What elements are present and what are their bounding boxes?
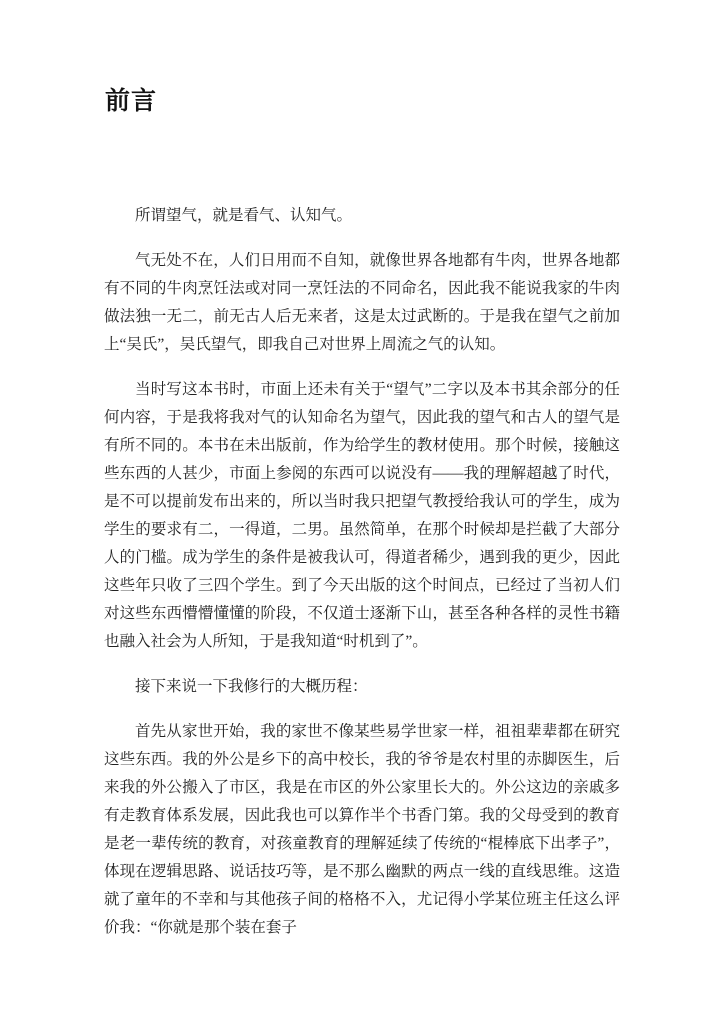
paragraph: 当时写这本书时，市面上还未有关于“望气”二字以及本书其余部分的任何内容，于是我将… — [104, 376, 620, 656]
page-title: 前言 — [105, 84, 157, 118]
paragraph: 接下来说一下我修行的大概历程： — [104, 673, 620, 701]
page-body: 所谓望气，就是看气、认知气。 气无处不在，人们日用而不自知，就像世界各地都有牛肉… — [104, 202, 620, 942]
paragraph: 气无处不在，人们日用而不自知，就像世界各地都有牛肉，世界各地都有不同的牛肉烹饪法… — [104, 247, 620, 359]
document-page: 前言 所谓望气，就是看气、认知气。 气无处不在，人们日用而不自知，就像世界各地都… — [0, 0, 724, 1024]
paragraph: 首先从家世开始，我的家世不像某些易学世家一样，祖祖辈辈都在研究这些东西。我的外公… — [104, 718, 620, 942]
paragraph: 所谓望气，就是看气、认知气。 — [104, 202, 620, 230]
